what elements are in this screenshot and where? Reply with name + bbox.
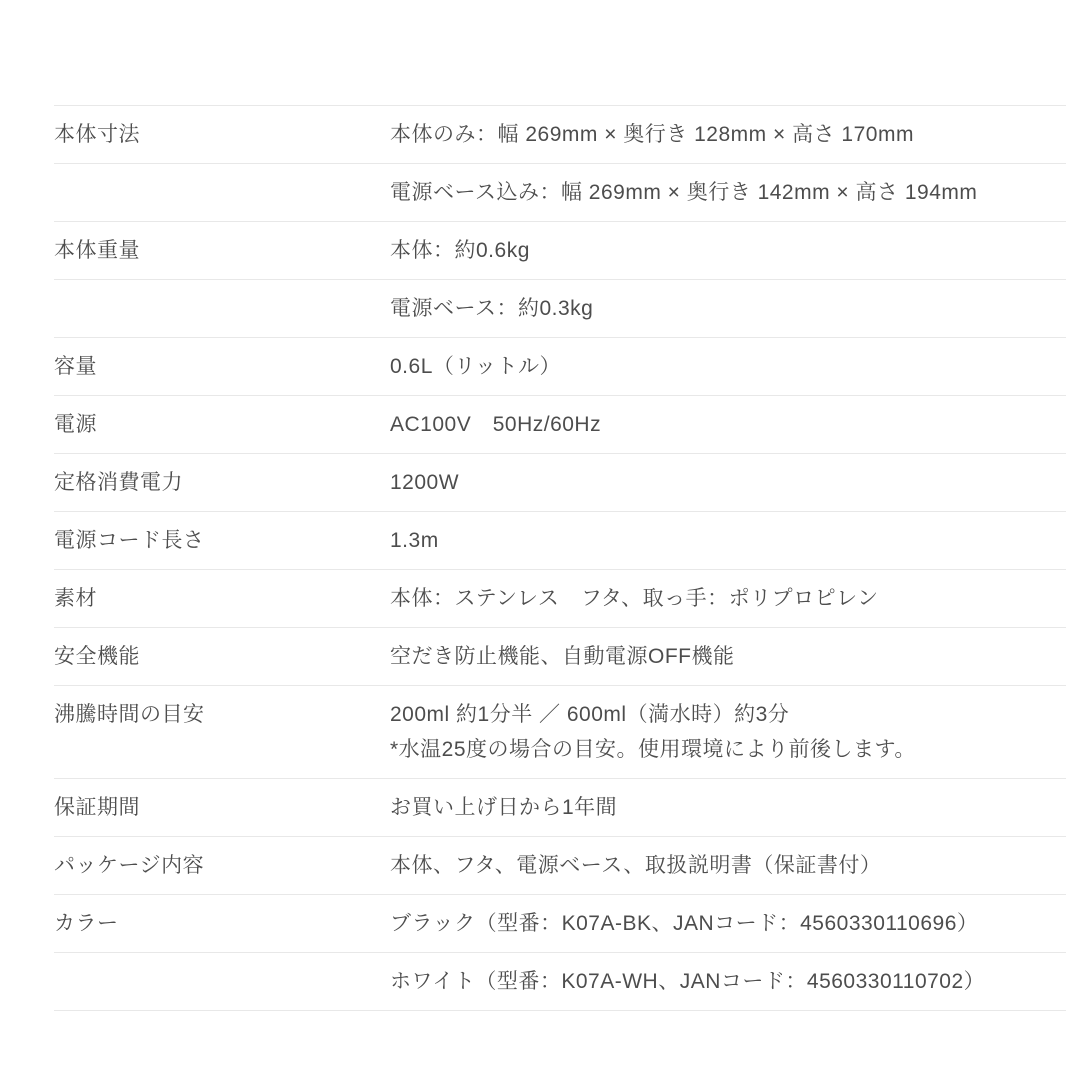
spec-row: カラー ブラック（型番：K07A-BK、JANコード：4560330110696…: [54, 895, 1066, 953]
spec-label: 本体寸法: [54, 117, 390, 152]
spec-row: 沸騰時間の目安 200ml 約1分半 ／ 600ml（満水時）約3分 *水温25…: [54, 686, 1066, 779]
spec-row: 本体重量 本体：約0.6kg: [54, 222, 1066, 280]
spec-label: カラー: [54, 906, 390, 941]
spec-row: 定格消費電力 1200W: [54, 454, 1066, 512]
spec-value: 本体：ステンレス フタ、取っ手：ポリプロピレン: [390, 581, 1066, 616]
spec-value-text: ホワイト（型番：K07A-WH、JANコード：4560330110702）: [390, 964, 1066, 999]
spec-value: 本体：約0.6kg: [390, 233, 1066, 268]
spec-value-text: 本体：約0.6kg: [390, 233, 1066, 268]
spec-value: ブラック（型番：K07A-BK、JANコード：4560330110696）: [390, 906, 1066, 941]
spec-value-text: 1200W: [390, 465, 1066, 500]
spec-row: 電源ベース：約0.3kg: [54, 280, 1066, 338]
spec-value: 電源ベース込み：幅 269mm × 奥行き 142mm × 高さ 194mm: [390, 175, 1066, 210]
spec-label: 電源コード長さ: [54, 523, 390, 558]
spec-value-text: 1.3m: [390, 523, 1066, 558]
spec-row: 電源 AC100V 50Hz/60Hz: [54, 396, 1066, 454]
spec-row: 容量 0.6L（リットル）: [54, 338, 1066, 396]
spec-value-text: お買い上げ日から1年間: [390, 790, 1066, 825]
spec-row: パッケージ内容 本体、フタ、電源ベース、取扱説明書（保証書付）: [54, 837, 1066, 895]
spec-row: 安全機能 空だき防止機能、自動電源OFF機能: [54, 628, 1066, 686]
spec-value-text: 本体、フタ、電源ベース、取扱説明書（保証書付）: [390, 848, 1066, 883]
spec-label: 本体重量: [54, 233, 390, 268]
spec-value: 本体、フタ、電源ベース、取扱説明書（保証書付）: [390, 848, 1066, 883]
spec-value: 本体のみ：幅 269mm × 奥行き 128mm × 高さ 170mm: [390, 117, 1066, 152]
spec-value: 空だき防止機能、自動電源OFF機能: [390, 639, 1066, 674]
spec-value: お買い上げ日から1年間: [390, 790, 1066, 825]
spec-value-text: 本体：ステンレス フタ、取っ手：ポリプロピレン: [390, 581, 1066, 616]
spec-note: *水温25度の場合の目安。使用環境により前後します。: [390, 732, 1066, 767]
product-spec-table: 本体寸法 本体のみ：幅 269mm × 奥行き 128mm × 高さ 170mm…: [54, 105, 1066, 1011]
spec-value: 0.6L（リットル）: [390, 349, 1066, 384]
spec-value: ホワイト（型番：K07A-WH、JANコード：4560330110702）: [390, 964, 1066, 999]
spec-value: AC100V 50Hz/60Hz: [390, 407, 1066, 442]
spec-label: 保証期間: [54, 790, 390, 825]
spec-value-text: 200ml 約1分半 ／ 600ml（満水時）約3分: [390, 697, 1066, 732]
spec-label: 安全機能: [54, 639, 390, 674]
spec-row: 本体寸法 本体のみ：幅 269mm × 奥行き 128mm × 高さ 170mm: [54, 106, 1066, 164]
spec-value-text: 0.6L（リットル）: [390, 349, 1066, 384]
spec-row: ホワイト（型番：K07A-WH、JANコード：4560330110702）: [54, 953, 1066, 1011]
spec-value: 1.3m: [390, 523, 1066, 558]
spec-value-text: ブラック（型番：K07A-BK、JANコード：4560330110696）: [390, 906, 1066, 941]
spec-label: 沸騰時間の目安: [54, 697, 390, 732]
spec-value-text: 電源ベース：約0.3kg: [390, 291, 1066, 326]
spec-label: 素材: [54, 581, 390, 616]
spec-label: 電源: [54, 407, 390, 442]
spec-label: 定格消費電力: [54, 465, 390, 500]
spec-row: 素材 本体：ステンレス フタ、取っ手：ポリプロピレン: [54, 570, 1066, 628]
spec-value-text: 電源ベース込み：幅 269mm × 奥行き 142mm × 高さ 194mm: [390, 175, 1066, 210]
spec-row: 保証期間 お買い上げ日から1年間: [54, 779, 1066, 837]
spec-value: 200ml 約1分半 ／ 600ml（満水時）約3分 *水温25度の場合の目安。…: [390, 697, 1066, 767]
spec-value-text: AC100V 50Hz/60Hz: [390, 407, 1066, 442]
spec-label: パッケージ内容: [54, 848, 390, 883]
spec-value: 1200W: [390, 465, 1066, 500]
spec-label: 容量: [54, 349, 390, 384]
spec-value-text: 本体のみ：幅 269mm × 奥行き 128mm × 高さ 170mm: [390, 117, 1066, 152]
spec-row: 電源ベース込み：幅 269mm × 奥行き 142mm × 高さ 194mm: [54, 164, 1066, 222]
spec-value: 電源ベース：約0.3kg: [390, 291, 1066, 326]
spec-value-text: 空だき防止機能、自動電源OFF機能: [390, 639, 1066, 674]
spec-row: 電源コード長さ 1.3m: [54, 512, 1066, 570]
